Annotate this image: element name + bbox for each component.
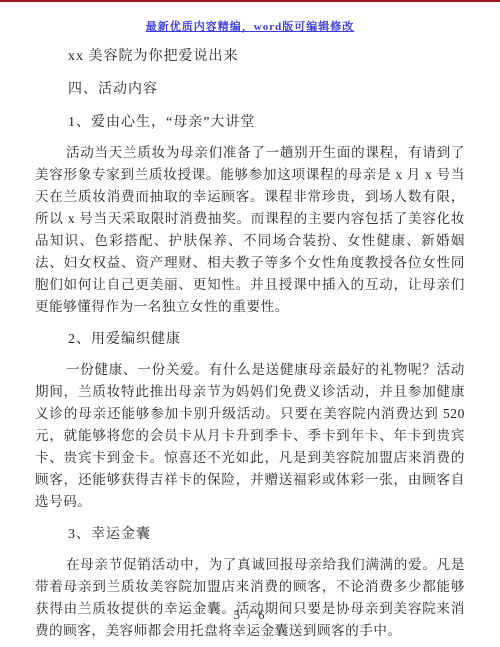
item-2-heading: 2、用爱编织健康 xyxy=(68,329,465,351)
section-heading: 四、活动内容 xyxy=(68,79,465,101)
word-document-page: 最新优质内容精编，word版可编辑修改 xx 美容院为你把爱说出来 四、活动内容… xyxy=(0,0,500,647)
item-3-paragraph: 在母亲节促销活动中，为了真诚回报母亲给我们满满的爱。凡是带着母亲到兰质妆美容院加… xyxy=(35,554,465,642)
page-number: 5 / 6 xyxy=(0,607,500,623)
item-3-heading: 3、幸运金囊 xyxy=(68,524,465,546)
document-header: 最新优质内容精编，word版可编辑修改 xyxy=(35,18,465,35)
item-2-paragraph: 一份健康、一份关爱。有什么是送健康母亲最好的礼物呢？活动期间，兰质妆特此推出母亲… xyxy=(35,359,465,513)
document-title-line: xx 美容院为你把爱说出来 xyxy=(68,46,465,68)
header-hyperlink[interactable]: 最新优质内容精编，word版可编辑修改 xyxy=(146,21,354,33)
item-1-paragraph: 活动当天兰质妆为母亲们准备了一趟别开生面的课程，有请到了美容形象专家到兰质妆授课… xyxy=(35,142,465,318)
item-1-heading: 1、爱由心生，“母亲”大讲堂 xyxy=(68,112,465,134)
